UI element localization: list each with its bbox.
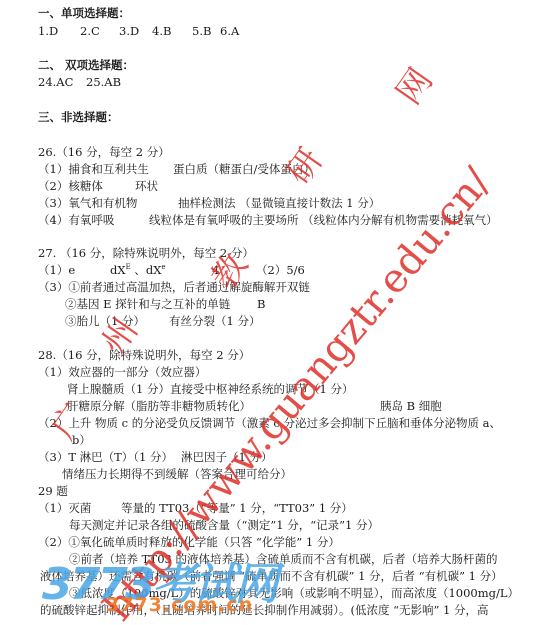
q28-line1: （1）效应器的一部分（效应器） [38, 365, 206, 379]
q27-line2: （3）①前者通过高温加热，后者通过解旋酶解开双链 [38, 280, 310, 294]
section2-answers: 24.AC 25.AB [38, 75, 238, 89]
q27-line4: ③胎儿（1 分） 有丝分裂（1 分） [65, 314, 365, 328]
q27-line3: ②基因 E 探针和与之互补的单链 B [65, 297, 365, 311]
q29-line2: 每天测定并记录各组的硫酸含量（“测定”1 分，“记录”1 分） [69, 518, 379, 532]
q29-line3: （2）①氧化硫单质时释放的化学能（只答 “化学能” 1 分） [38, 535, 340, 549]
q28-line2: 肾上腺髓质（1 分）直接受中枢神经系统的调节（1 分） [67, 382, 353, 396]
section1-answers: 1.D 2.C 3.D 4.B 5.B 6.A [38, 24, 298, 38]
q26-line3: （3）氧气和有机物 抽样检测法 （显微镜直接计数法 1 分） [38, 196, 538, 210]
q29-line7: 的硫酸锌起抑制作用，（且随培养时间的延长抑制作用减弱）。(低浓度 “无影响” 1… [40, 603, 489, 617]
answer-3: 3.D [119, 24, 139, 38]
q28-header: 28.（16 分，除特殊说明外，每空 2 分） [38, 348, 250, 362]
answer-24: 24.AC [38, 75, 73, 89]
watermark-char-5: 网 [382, 57, 442, 113]
answer-6: 6.A [220, 24, 239, 38]
answer-1: 1.D [38, 24, 58, 38]
q26-line1: （1）捕食和互利共生 蛋白质（糖蛋白/受体蛋白） [38, 162, 538, 176]
section3-title: 三、非选择题： [38, 110, 119, 124]
q26-line2: （2）核糖体 环状 [38, 179, 538, 193]
answer-5: 5.B [192, 24, 211, 38]
section2-title: 二、 双项选择题： [38, 58, 134, 72]
q29-line4: ②前者（培养 TT03 的液体培养基）含硫单质而不含有机碳，后者（培养大肠杆菌的 [69, 552, 498, 566]
q28-line3: 肝糖原分解（脂肪等非糖物质转化） 胰岛 B 细胞 [67, 399, 527, 413]
answer-2: 2.C [80, 24, 100, 38]
q26-header: 26.（16 分，每空 2 分） [38, 145, 170, 159]
q28-line6: （3）T 淋巴（T）（1 分） 淋巴因子（1 分） [38, 450, 338, 464]
answer-4: 4.B [152, 24, 171, 38]
q28-line5: b） [72, 433, 91, 447]
q26-line4: （4）有氧呼吸 线粒体是有氧呼吸的主要场所 （线粒体内分解有机物需要消耗氧气） [38, 213, 543, 227]
answer-25: 25.AB [86, 75, 121, 89]
q28-line7: 情绪压力长期得不到缓解（答案合理可给分） [62, 467, 292, 481]
genotype: dXE 、dXe [110, 263, 166, 277]
answer-key-document: 一、单项选择题： 1.D 2.C 3.D 4.B 5.B 6.A 二、 双项选择… [0, 0, 543, 625]
q29-line1: （1）灭菌 等量的 TT03（“等量” 1 分，“TT03” 1 分） [38, 501, 398, 515]
q29-line6: ③低浓度（100mg/L）的硫酸锌对其无影响（或影响不明显），而高浓度（1000… [69, 586, 519, 600]
q29-header: 29 题 [38, 484, 68, 498]
section1-title: 一、单项选择题： [38, 6, 130, 20]
q27-line1: （1）e dXE 、dXe 4 （2）5/6 [38, 263, 498, 277]
q27-header: 27. （16 分，除特殊说明外，每空 2 分） [38, 246, 254, 260]
q28-line4: （2）上升 物质 c 的分泌受负反馈调节（激素 c 分泌过多会抑制下丘脑和垂体分… [38, 416, 501, 430]
q29-line5: 液体培养基）还需含有机碳（前者强调 “硫单质而不含有机碳” 1 分，后者 “有机… [40, 569, 503, 583]
